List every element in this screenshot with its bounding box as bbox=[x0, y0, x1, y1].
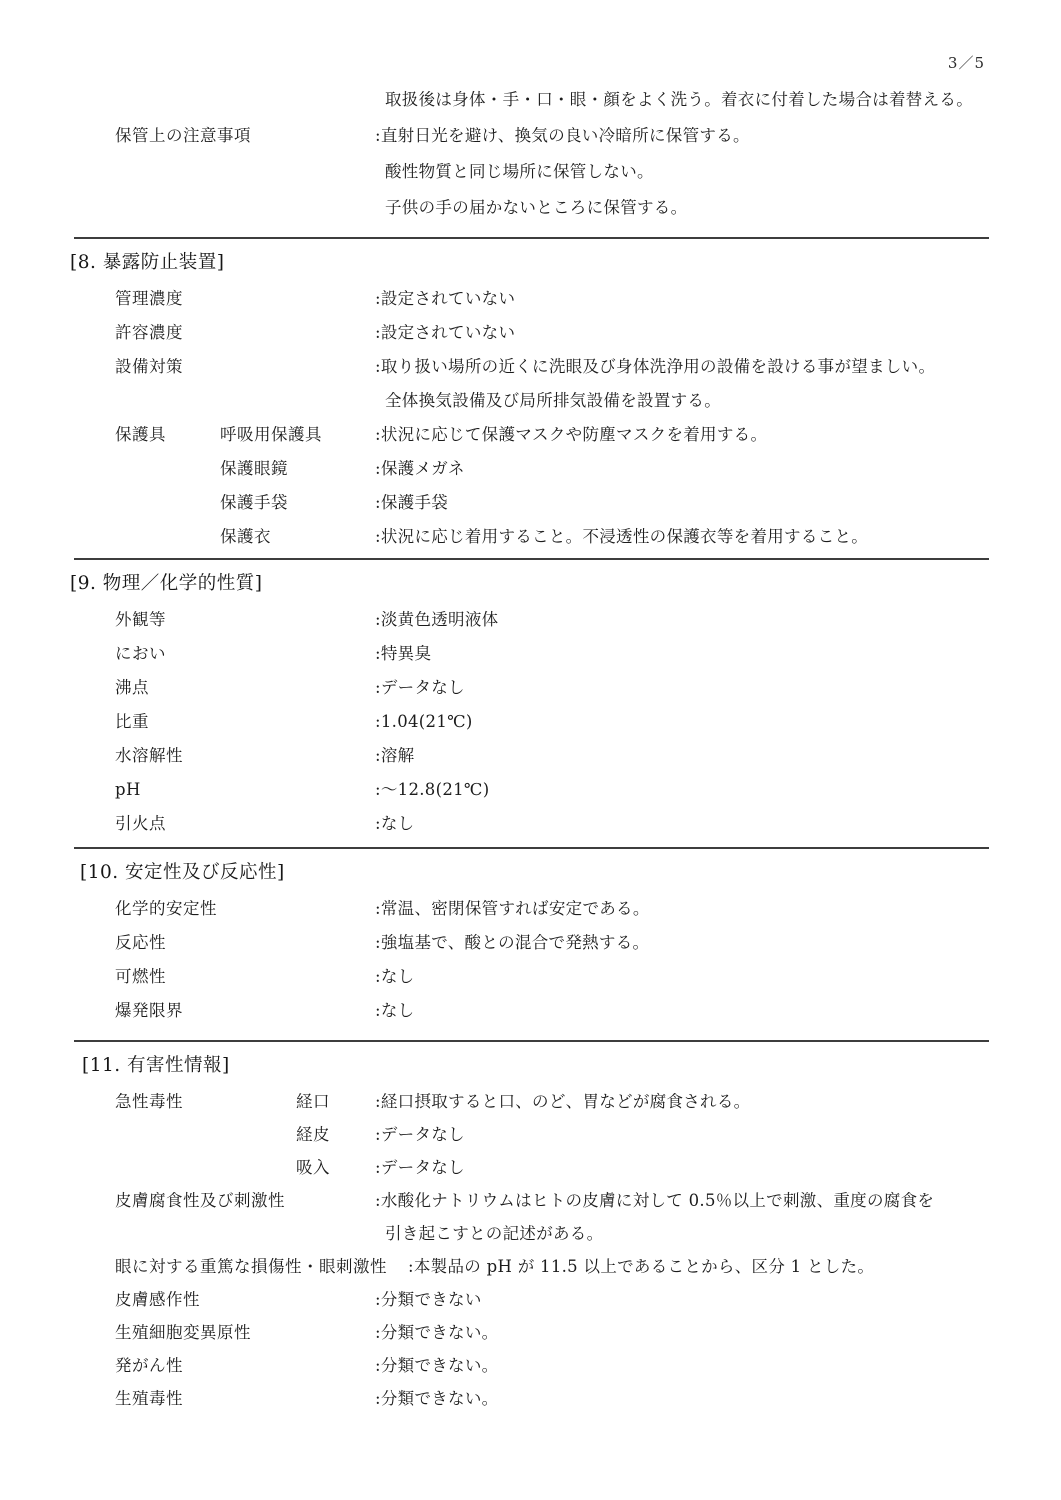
section-rows: 急性毒性経口:経口摂取すると口、のど、胃などが腐食される。経皮:データなし吸入:… bbox=[0, 1085, 1061, 1415]
field-label: 保管上の注意事項 bbox=[115, 118, 251, 154]
field-value: :なし bbox=[375, 960, 1061, 994]
field-label: 沸点 bbox=[115, 671, 149, 705]
field-row: 水溶解性:溶解 bbox=[0, 739, 1061, 773]
field-value: :強塩基で、酸との混合で発熱する。 bbox=[375, 926, 1061, 960]
field-value: 引き起こすとの記述がある。 bbox=[385, 1217, 1061, 1250]
field-label: 発がん性 bbox=[115, 1349, 183, 1382]
field-value: 子供の手の届かないところに保管する。 bbox=[385, 190, 1061, 226]
field-value: :なし bbox=[375, 994, 1061, 1028]
field-row: 保護手袋:保護手袋 bbox=[0, 486, 1061, 520]
field-label: におい bbox=[115, 637, 166, 671]
field-sublabel: 呼吸用保護具 bbox=[220, 418, 322, 452]
sds-document-page: 3／5 取扱後は身体・手・口・眼・顔をよく洗う。着衣に付着した場合は着替える。保… bbox=[0, 0, 1061, 1500]
field-value: :分類できない。 bbox=[375, 1382, 1061, 1415]
section-rows: 管理濃度:設定されていない許容濃度:設定されていない設備対策:取り扱い場所の近く… bbox=[0, 282, 1061, 554]
field-value: :分類できない bbox=[375, 1283, 1061, 1316]
field-value: :常温、密閉保管すれば安定である。 bbox=[375, 892, 1061, 926]
field-label: 保護具 bbox=[115, 418, 166, 452]
field-value: :設定されていない bbox=[375, 282, 1061, 316]
field-label: 外観等 bbox=[115, 603, 166, 637]
section-divider bbox=[74, 847, 989, 849]
field-row: 生殖毒性:分類できない。 bbox=[0, 1382, 1061, 1415]
field-row: 爆発限界:なし bbox=[0, 994, 1061, 1028]
field-label: 皮膚腐食性及び刺激性 bbox=[115, 1184, 285, 1217]
field-value: :1.04(21℃) bbox=[375, 705, 1061, 739]
field-value: :なし bbox=[375, 807, 1061, 841]
field-value: :特異臭 bbox=[375, 637, 1061, 671]
field-row: 反応性:強塩基で、酸との混合で発熱する。 bbox=[0, 926, 1061, 960]
field-row: 外観等:淡黄色透明液体 bbox=[0, 603, 1061, 637]
document-body: 取扱後は身体・手・口・眼・顔をよく洗う。着衣に付着した場合は着替える。保管上の注… bbox=[0, 0, 1061, 1415]
field-sublabel: 保護眼鏡 bbox=[220, 452, 288, 486]
field-row: 吸入:データなし bbox=[0, 1151, 1061, 1184]
field-row: 全体換気設備及び局所排気設備を設置する。 bbox=[0, 384, 1061, 418]
field-row: 経皮:データなし bbox=[0, 1118, 1061, 1151]
field-value: 全体換気設備及び局所排気設備を設置する。 bbox=[385, 384, 1061, 418]
field-row: 保護具呼吸用保護具:状況に応じて保護マスクや防塵マスクを着用する。 bbox=[0, 418, 1061, 452]
field-value: :データなし bbox=[375, 1118, 1061, 1151]
field-row: 化学的安定性:常温、密閉保管すれば安定である。 bbox=[0, 892, 1061, 926]
section-title: [10. 安定性及び反応性] bbox=[0, 858, 1061, 888]
field-sublabel: 保護衣 bbox=[220, 520, 271, 554]
field-label: 引火点 bbox=[115, 807, 166, 841]
storage-precautions-block: 取扱後は身体・手・口・眼・顔をよく洗う。着衣に付着した場合は着替える。保管上の注… bbox=[0, 82, 1061, 226]
field-value: :設定されていない bbox=[375, 316, 1061, 350]
field-row: 保管上の注意事項:直射日光を避け、換気の良い冷暗所に保管する。 bbox=[0, 118, 1061, 154]
field-row: 設備対策:取り扱い場所の近くに洗眼及び身体洗浄用の設備を設ける事が望ましい。 bbox=[0, 350, 1061, 384]
field-value: :状況に応じ着用すること。不浸透性の保護衣等を着用すること。 bbox=[375, 520, 1061, 554]
field-label: 急性毒性 bbox=[115, 1085, 183, 1118]
field-row: 保護眼鏡:保護メガネ bbox=[0, 452, 1061, 486]
field-value: :経口摂取すると口、のど、胃などが腐食される。 bbox=[375, 1085, 1061, 1118]
field-value: :水酸化ナトリウムはヒトの皮膚に対して 0.5％以上で刺激、重度の腐食を bbox=[375, 1184, 1061, 1217]
field-value: :保護メガネ bbox=[375, 452, 1061, 486]
field-value: :直射日光を避け、換気の良い冷暗所に保管する。 bbox=[375, 118, 1061, 154]
section-divider bbox=[74, 237, 989, 239]
field-label: 生殖細胞変異原性 bbox=[115, 1316, 251, 1349]
field-label: 許容濃度 bbox=[115, 316, 183, 350]
field-label: 設備対策 bbox=[115, 350, 183, 384]
field-label: 爆発限界 bbox=[115, 994, 183, 1028]
field-sublabel: 吸入 bbox=[296, 1151, 330, 1184]
field-label: 水溶解性 bbox=[115, 739, 183, 773]
section-divider bbox=[74, 558, 989, 560]
section-divider bbox=[74, 1040, 989, 1042]
field-value: :データなし bbox=[375, 1151, 1061, 1184]
page-number: 3／5 bbox=[948, 52, 985, 73]
field-row: 皮膚感作性:分類できない bbox=[0, 1283, 1061, 1316]
field-row: 急性毒性経口:経口摂取すると口、のど、胃などが腐食される。 bbox=[0, 1085, 1061, 1118]
field-label: pH bbox=[115, 773, 141, 807]
field-value: :分類できない。 bbox=[375, 1316, 1061, 1349]
field-label: 化学的安定性 bbox=[115, 892, 217, 926]
section-title: [8. 暴露防止装置] bbox=[0, 248, 1061, 278]
section-rows: 外観等:淡黄色透明液体におい:特異臭沸点:データなし比重:1.04(21℃)水溶… bbox=[0, 603, 1061, 841]
field-row: 管理濃度:設定されていない bbox=[0, 282, 1061, 316]
field-sublabel: 経口 bbox=[296, 1085, 330, 1118]
field-row: 沸点:データなし bbox=[0, 671, 1061, 705]
field-row: 許容濃度:設定されていない bbox=[0, 316, 1061, 350]
section-rows: 化学的安定性:常温、密閉保管すれば安定である。反応性:強塩基で、酸との混合で発熱… bbox=[0, 892, 1061, 1028]
field-row: 可燃性:なし bbox=[0, 960, 1061, 994]
field-value: :～12.8(21℃) bbox=[375, 773, 1061, 807]
field-row: 引火点:なし bbox=[0, 807, 1061, 841]
section-title: [11. 有害性情報] bbox=[0, 1051, 1061, 1081]
field-label: 比重 bbox=[115, 705, 149, 739]
section-title: [9. 物理／化学的性質] bbox=[0, 569, 1061, 599]
field-sublabel: 保護手袋 bbox=[220, 486, 288, 520]
field-label: 生殖毒性 bbox=[115, 1382, 183, 1415]
field-row: におい:特異臭 bbox=[0, 637, 1061, 671]
field-value: :本製品の pH が 11.5 以上であることから、区分 1 とした。 bbox=[408, 1250, 1061, 1283]
field-row: pH:～12.8(21℃) bbox=[0, 773, 1061, 807]
field-row: 取扱後は身体・手・口・眼・顔をよく洗う。着衣に付着した場合は着替える。 bbox=[0, 82, 1061, 118]
field-label: 管理濃度 bbox=[115, 282, 183, 316]
field-value: :分類できない。 bbox=[375, 1349, 1061, 1382]
field-value: :保護手袋 bbox=[375, 486, 1061, 520]
field-sublabel: 経皮 bbox=[296, 1118, 330, 1151]
field-value: :淡黄色透明液体 bbox=[375, 603, 1061, 637]
field-value: :取り扱い場所の近くに洗眼及び身体洗浄用の設備を設ける事が望ましい。 bbox=[375, 350, 1061, 384]
field-value: :データなし bbox=[375, 671, 1061, 705]
field-row: 保護衣:状況に応じ着用すること。不浸透性の保護衣等を着用すること。 bbox=[0, 520, 1061, 554]
field-row: 酸性物質と同じ場所に保管しない。 bbox=[0, 154, 1061, 190]
field-row: 子供の手の届かないところに保管する。 bbox=[0, 190, 1061, 226]
field-row: 眼に対する重篤な損傷性・眼刺激性:本製品の pH が 11.5 以上であることか… bbox=[0, 1250, 1061, 1283]
field-value: :溶解 bbox=[375, 739, 1061, 773]
field-label: 反応性 bbox=[115, 926, 166, 960]
field-row: 比重:1.04(21℃) bbox=[0, 705, 1061, 739]
field-label: 可燃性 bbox=[115, 960, 166, 994]
field-label: 眼に対する重篤な損傷性・眼刺激性 bbox=[115, 1250, 387, 1283]
field-row: 皮膚腐食性及び刺激性:水酸化ナトリウムはヒトの皮膚に対して 0.5％以上で刺激、… bbox=[0, 1184, 1061, 1217]
field-label: 皮膚感作性 bbox=[115, 1283, 200, 1316]
field-row: 発がん性:分類できない。 bbox=[0, 1349, 1061, 1382]
field-row: 生殖細胞変異原性:分類できない。 bbox=[0, 1316, 1061, 1349]
field-row: 引き起こすとの記述がある。 bbox=[0, 1217, 1061, 1250]
field-value: :状況に応じて保護マスクや防塵マスクを着用する。 bbox=[375, 418, 1061, 452]
field-value: 取扱後は身体・手・口・眼・顔をよく洗う。着衣に付着した場合は着替える。 bbox=[385, 82, 1061, 118]
sections-container: [8. 暴露防止装置]管理濃度:設定されていない許容濃度:設定されていない設備対… bbox=[0, 237, 1061, 1415]
field-value: 酸性物質と同じ場所に保管しない。 bbox=[385, 154, 1061, 190]
